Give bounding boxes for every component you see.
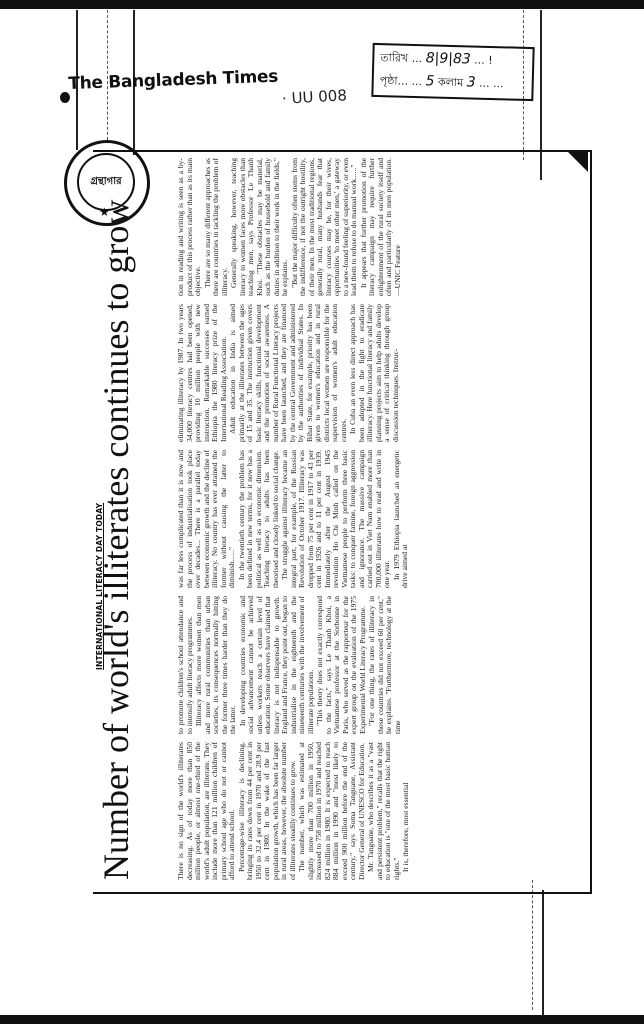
paragraph: "For one thing, the rates of illiteracy … <box>368 596 402 734</box>
stamp-page-row: পৃষ্ঠা... ... 5 কলাম 3 ... ... <box>379 72 503 94</box>
stamp-dots: ... ... <box>479 77 504 91</box>
paragraph: The struggle against illiteracy became a… <box>281 450 392 588</box>
article-column-1: There is no sign of the world's illitera… <box>177 742 587 880</box>
stamp-date-row: তারিখ ... 8|9|83 ... ! <box>380 49 493 71</box>
stamp-col-value: 3 <box>466 74 475 90</box>
paragraph: Mr. Tanguane, who describes it as a "vas… <box>367 742 401 880</box>
scan-bottom-edge <box>0 1015 644 1024</box>
article-column-5: tion in reading and writing is seen as a… <box>177 158 587 296</box>
paragraph: was far less complicated than it is now … <box>177 450 237 588</box>
paragraph: In the twentieth century the problem has… <box>238 450 281 588</box>
paragraph: to promote children's school attendance … <box>177 596 194 734</box>
article-column-4: eliminating illiteracy by 1987. In two y… <box>177 304 587 442</box>
newspaper-masthead: The Bangladesh Times <box>68 67 278 94</box>
paragraph: In Cuba an even less direct approach has… <box>349 304 400 442</box>
paragraph: "This theory does not exactly correspond… <box>316 596 367 734</box>
paragraph: Adult education in India is aimed primar… <box>229 304 348 442</box>
article-column-2: to promote children's school attendance … <box>177 596 587 734</box>
paragraph: The number, which was estimated at sligh… <box>298 742 366 880</box>
paragraph: There is no sign of the world's illitera… <box>177 742 237 880</box>
article-headline: Number of world's illiterates continues … <box>99 180 133 880</box>
paragraph: In developing countries economic and soc… <box>239 596 316 734</box>
date-stamp: তারিখ ... 8|9|83 ... ! পৃষ্ঠা... ... 5 ক… <box>371 43 534 101</box>
paragraph: It appears that further promotion of the… <box>360 158 403 296</box>
paragraph: "But the major difficulty often stems fr… <box>291 158 359 296</box>
scan-top-edge <box>0 0 644 9</box>
stamp-dots: ... ! <box>474 54 493 67</box>
paragraph: There are so many different approaches a… <box>204 158 230 296</box>
stamp-date-label: তারিখ ... <box>380 51 422 65</box>
column-rule-dashed <box>532 880 533 1010</box>
stamp-date-value: 8|9|83 <box>425 50 470 67</box>
paragraph: In 1979 Ethiopia launched an energetic d… <box>393 450 410 588</box>
paragraph: eliminating illiteracy by 1987. In two y… <box>177 304 228 442</box>
stamp-page-label: পৃষ্ঠা... ... <box>380 74 423 88</box>
column-rule <box>542 890 544 1015</box>
paragraph: It is, therefore, most essential <box>402 742 411 880</box>
article-column-3: was far less complicated than it is now … <box>177 450 587 588</box>
paragraph: tion in reading and writing is seen as a… <box>177 158 203 296</box>
stamp-page-value: 5 <box>425 73 434 89</box>
clipping-code: · UU 008 <box>282 86 348 107</box>
article: INTERNATIONAL LITERACY DAY TODAY Number … <box>95 150 590 890</box>
paragraph: Illiteracy affects more women than men a… <box>195 596 238 734</box>
article-body: There is no sign of the world's illitera… <box>177 160 587 880</box>
stamp-col-label: কলাম <box>438 76 464 90</box>
paragraph: Generally speaking, however, teaching li… <box>230 158 290 296</box>
paragraph: Percentage-wise illiteracy is declining,… <box>238 742 298 880</box>
